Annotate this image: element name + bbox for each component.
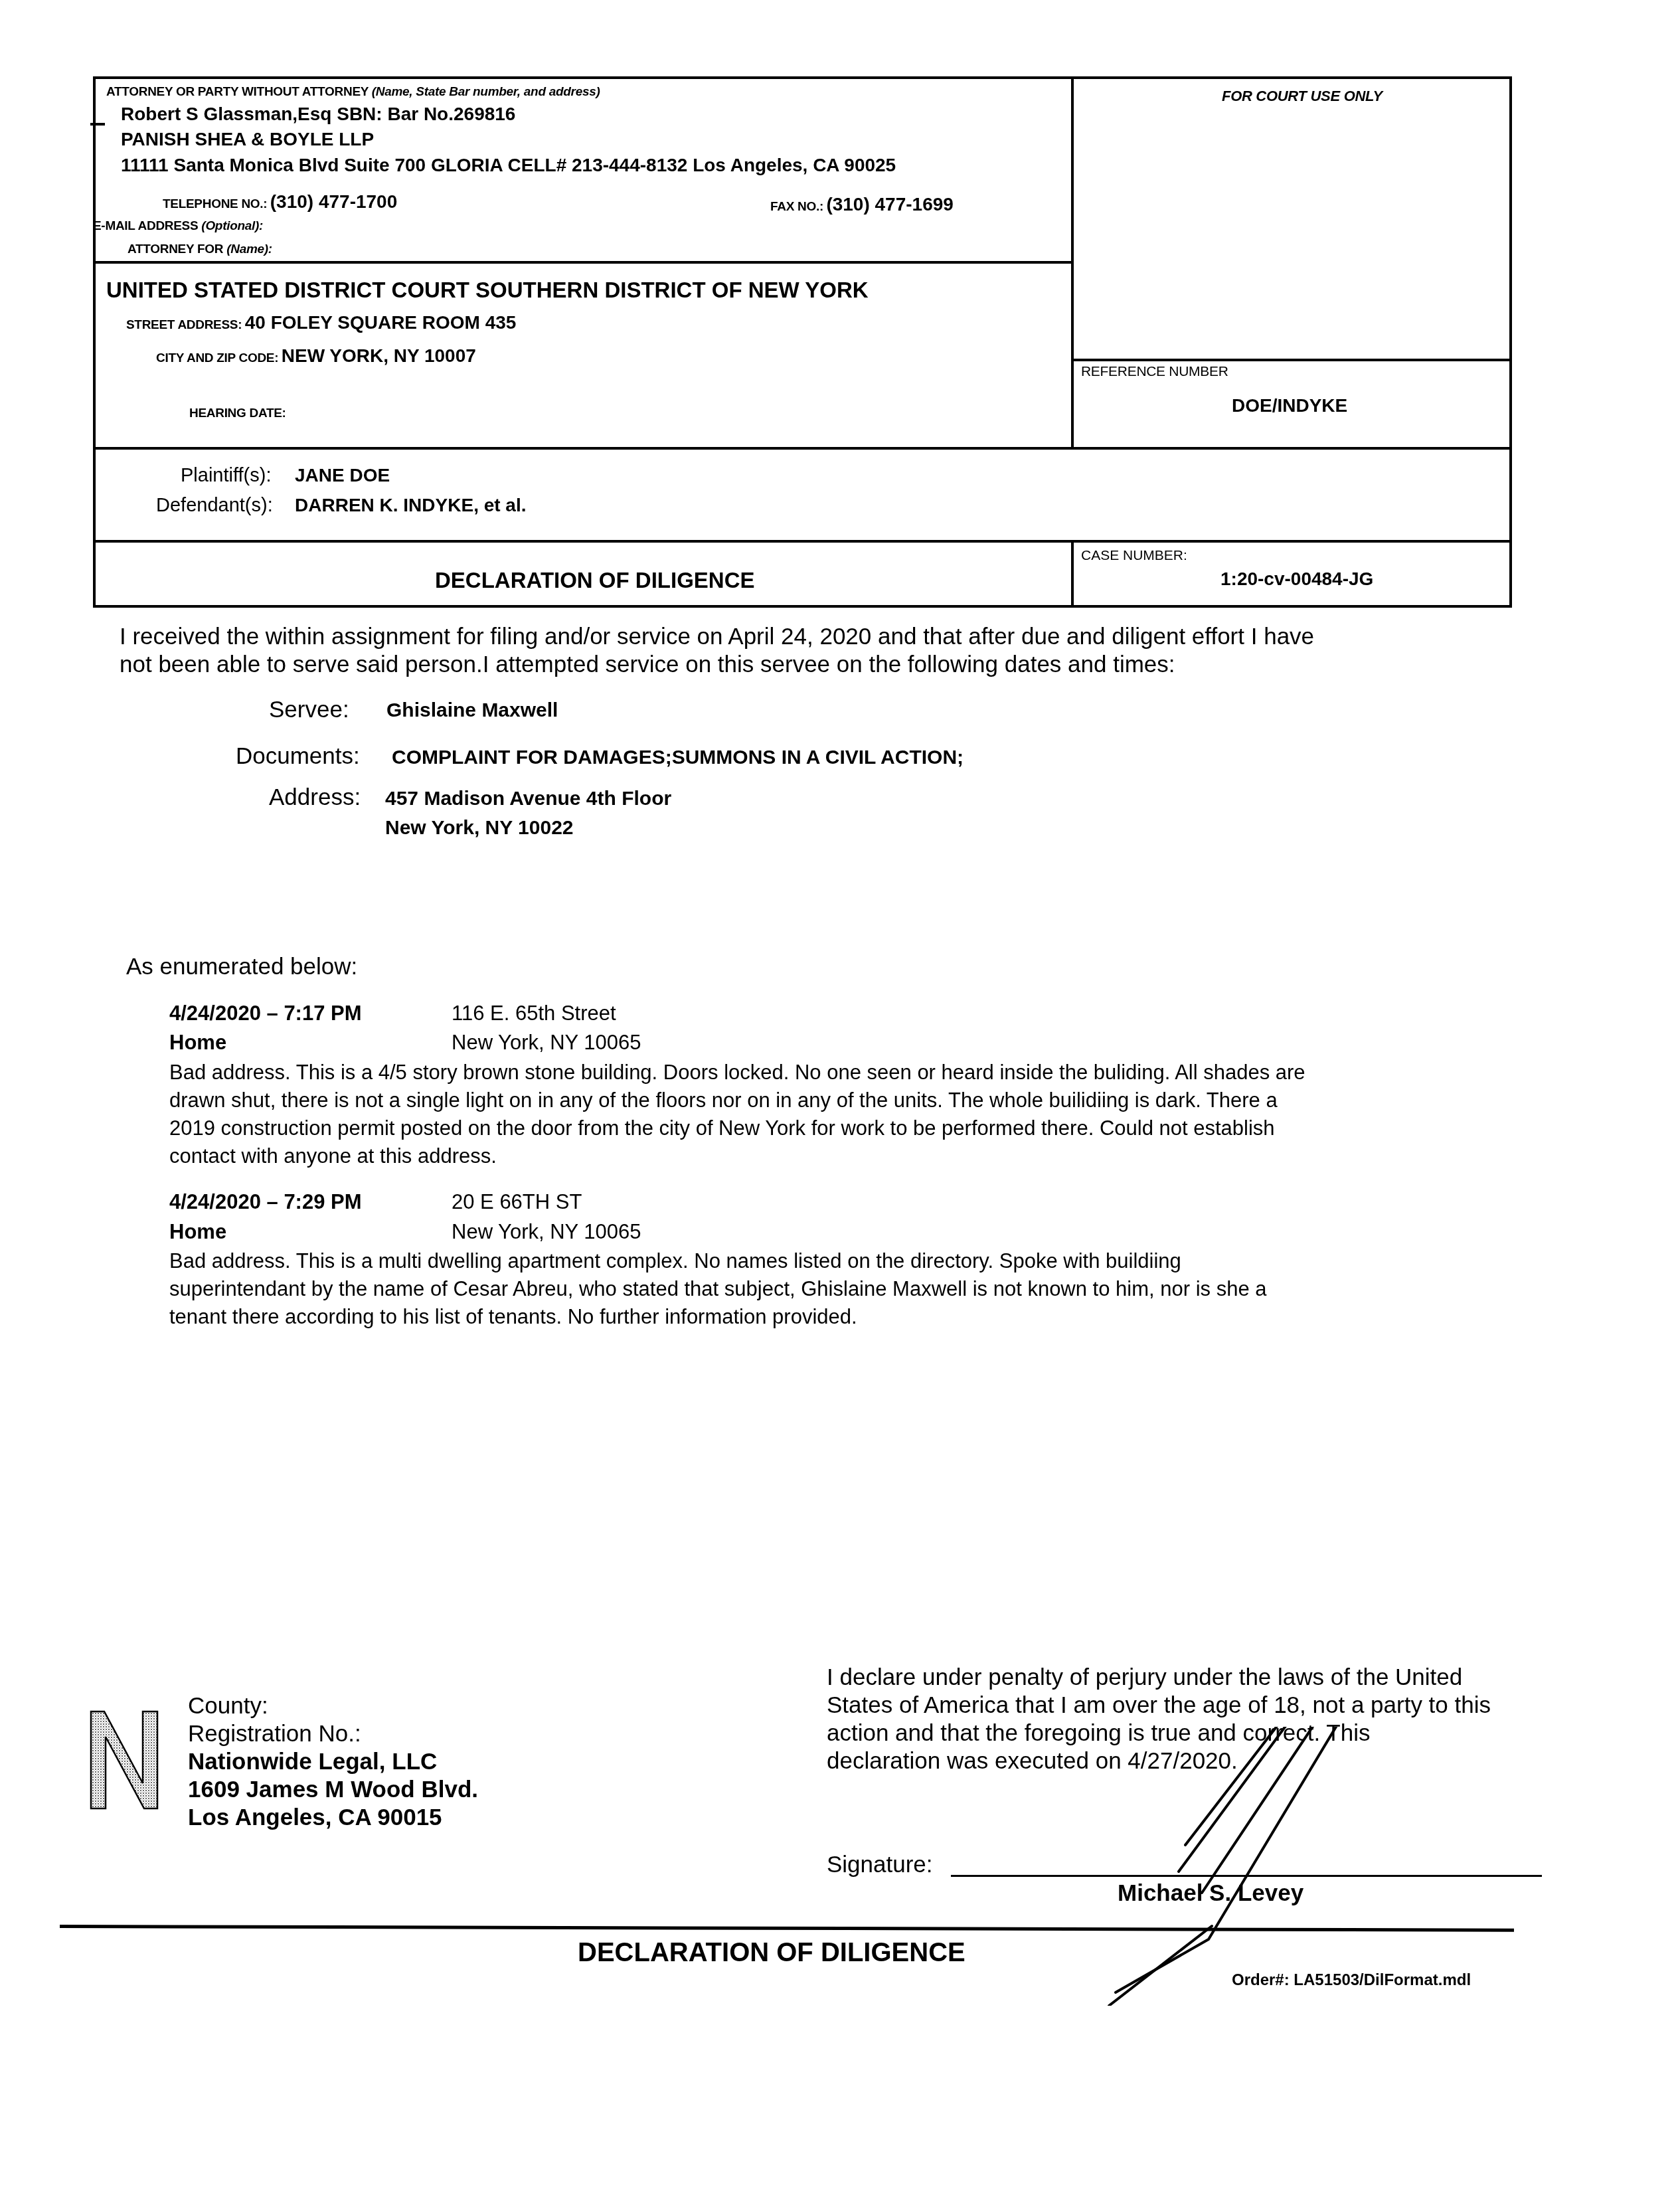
fax-label: FAX NO.: — [770, 200, 823, 214]
attempt-note-line: superintendant by the name of Cesar Abre… — [169, 1278, 1267, 1300]
plaintiff-value: JANE DOE — [295, 465, 390, 486]
street-value: 40 FOLEY SQUARE ROOM 435 — [245, 312, 517, 333]
attorney-label-note: (Name, State Bar number, and address) — [372, 85, 600, 99]
agency-street: 1609 James M Wood Blvd. — [188, 1776, 478, 1804]
case-number-divider — [1071, 540, 1074, 606]
city-value: NEW YORK, NY 10007 — [282, 345, 476, 366]
attempt-note-line: drawn shut, there is not a single light … — [169, 1089, 1278, 1112]
court-city-row: CITY AND ZIP CODE: NEW YORK, NY 10007 — [156, 345, 476, 367]
hearing-date-label: HEARING DATE: — [189, 406, 286, 421]
telephone-label: TELEPHONE NO.: — [163, 197, 267, 211]
attempt-datetime: 4/24/2020 – 7:29 PM — [169, 1190, 362, 1214]
email-label-note: (Optional): — [201, 219, 263, 233]
declaration-line: action and that the foregoing is true an… — [827, 1719, 1370, 1747]
agency-city: Los Angeles, CA 90015 — [188, 1804, 442, 1832]
documents-label: Documents: — [236, 743, 360, 770]
attempt-note-line: Bad address. This is a multi dwelling ap… — [169, 1250, 1181, 1273]
registration-label: Registration No.: — [188, 1720, 361, 1748]
agency-logo-n-icon — [90, 1710, 159, 1810]
plaintiff-label: Plaintiff(s): — [181, 465, 271, 487]
attempt-type: Home — [169, 1220, 226, 1244]
city-label: CITY AND ZIP CODE: — [156, 351, 278, 365]
case-number-label: CASE NUMBER: — [1081, 548, 1187, 564]
attorney-block-divider — [93, 261, 1072, 264]
defendant-value: DARREN K. INDYKE, et al. — [295, 495, 527, 516]
documents-value: COMPLAINT FOR DAMAGES;SUMMONS IN A CIVIL… — [392, 747, 964, 769]
signature-line[interactable] — [951, 1875, 1542, 1877]
attempt-note-line: contact with anyone at this address. — [169, 1145, 497, 1168]
address-label: Address: — [269, 784, 361, 812]
telephone-row: TELEPHONE NO.: (310) 477-1700 — [163, 191, 397, 213]
fax-value: (310) 477-1699 — [826, 194, 953, 215]
attempt-street: 20 E 66TH ST — [452, 1190, 582, 1214]
attempt-datetime: 4/24/2020 – 7:17 PM — [169, 1002, 362, 1025]
attorney-for-text: ATTORNEY FOR — [127, 242, 223, 256]
attempt-note-line: tenant there according to his list of te… — [169, 1306, 857, 1328]
case-number: 1:20-cv-00484-JG — [1220, 569, 1373, 590]
street-label: STREET ADDRESS: — [126, 318, 242, 332]
order-number: Order#: LA51503/DilFormat.mdl — [1232, 1971, 1471, 1990]
reference-divider — [1071, 359, 1512, 361]
defendant-label: Defendant(s): — [156, 495, 273, 517]
reference-number: DOE/INDYKE — [1232, 395, 1347, 416]
attorney-label-text: ATTORNEY OR PARTY WITHOUT ATTORNEY — [106, 85, 369, 99]
declaration-line: States of America that I am over the age… — [827, 1692, 1491, 1719]
reference-label: REFERENCE NUMBER — [1081, 364, 1228, 380]
county-label: County: — [188, 1692, 268, 1720]
fax-row: FAX NO.: (310) 477-1699 — [770, 194, 954, 215]
attorney-for-note: (Name): — [226, 242, 272, 256]
attempt-street: 116 E. 65th Street — [452, 1002, 616, 1025]
enumerated-label: As enumerated below: — [126, 953, 357, 981]
intro-line-2: not been able to serve said person.I att… — [120, 651, 1175, 679]
court-name: UNITED STATED DISTRICT COURT SOUTHERN DI… — [106, 278, 869, 303]
form-title: DECLARATION OF DILIGENCE — [435, 568, 755, 593]
declaration-line: I declare under penalty of perjury under… — [827, 1664, 1462, 1692]
court-street-row: STREET ADDRESS: 40 FOLEY SQUARE ROOM 435 — [126, 312, 516, 333]
attempt-note-line: Bad address. This is a 4/5 story brown s… — [169, 1061, 1305, 1084]
intro-line-1: I received the within assignment for fil… — [120, 623, 1314, 651]
email-label-text: E-MAIL ADDRESS — [93, 219, 198, 233]
footer-rule — [60, 1925, 1514, 1932]
attempt-note-line: 2019 construction permit posted on the d… — [169, 1117, 1275, 1140]
court-use-label: FOR COURT USE ONLY — [1222, 88, 1383, 105]
tick-mark — [90, 123, 105, 126]
signature-label: Signature: — [827, 1851, 933, 1879]
telephone-value: (310) 477-1700 — [270, 191, 397, 212]
declaration-line: declaration was executed on 4/27/2020. — [827, 1747, 1238, 1775]
attorney-for-label: ATTORNEY FOR (Name): — [127, 242, 272, 257]
attorney-name: Robert S Glassman,Esq SBN: Bar No.269816 — [121, 104, 515, 125]
address-line-1: 457 Madison Avenue 4th Floor — [385, 788, 671, 810]
court-block-divider — [93, 447, 1512, 450]
attempt-city: New York, NY 10065 — [452, 1031, 641, 1055]
signer-name: Michael S. Levey — [1118, 1880, 1303, 1907]
servee-value: Ghislaine Maxwell — [386, 699, 558, 722]
attempt-type: Home — [169, 1031, 226, 1055]
parties-divider — [93, 540, 1512, 543]
firm-name: PANISH SHEA & BOYLE LLP — [121, 129, 374, 150]
address-line-2: New York, NY 10022 — [385, 817, 574, 839]
attorney-label: ATTORNEY OR PARTY WITHOUT ATTORNEY (Name… — [106, 85, 600, 100]
email-label: E-MAIL ADDRESS (Optional): — [93, 219, 263, 234]
agency-name: Nationwide Legal, LLC — [188, 1748, 437, 1776]
footer-title: DECLARATION OF DILIGENCE — [578, 1938, 966, 1968]
attempt-city: New York, NY 10065 — [452, 1220, 641, 1244]
servee-label: Servee: — [269, 696, 349, 724]
attorney-address: 11111 Santa Monica Blvd Suite 700 GLORIA… — [121, 155, 896, 176]
